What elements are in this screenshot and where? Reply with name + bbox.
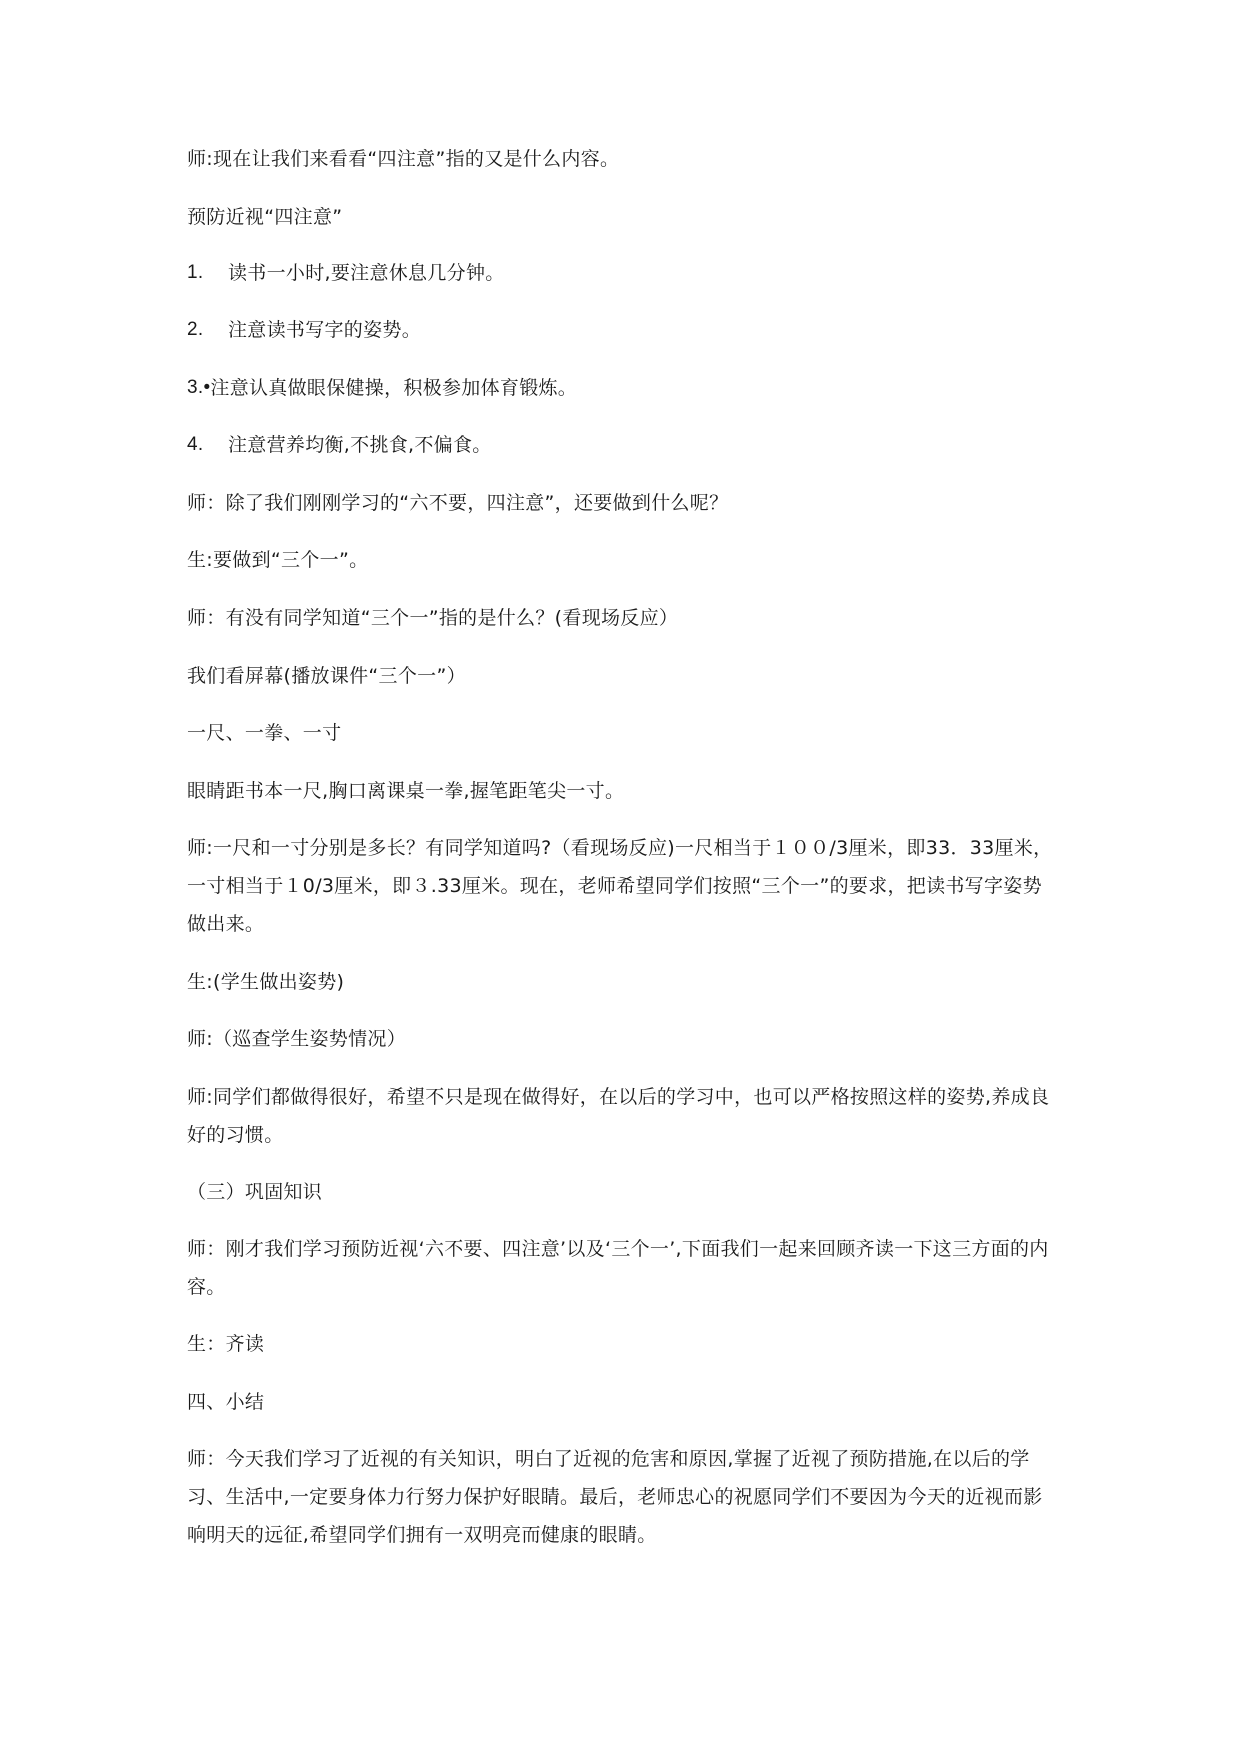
list-text: 注意营养均衡,不挑食,不偏食。 — [228, 426, 492, 464]
paragraph: 师:同学们都做得很好，希望不只是现在做得好，在以后的学习中，也可以严格按照这样的… — [187, 1078, 1057, 1154]
paragraph: 眼睛距书本一尺,胸口离课桌一拳,握笔距笔尖一寸。 — [187, 772, 1057, 810]
list-text: 注意读书写字的姿势。 — [228, 311, 421, 349]
paragraph: 师:一尺和一寸分别是多长？有同学知道吗?（看现场反应)一尺相当于１００/3厘米，… — [187, 829, 1057, 943]
paragraph: 师：有没有同学知道“三个一”指的是什么？(看现场反应） — [187, 599, 1057, 637]
list-item: 3.• 注意认真做眼保健操，积极参加体育锻炼。 — [187, 369, 1057, 407]
list-item: 4. 注意营养均衡,不挑食,不偏食。 — [187, 426, 1057, 464]
paragraph: 师：刚才我们学习预防近视‘六不要、四注意’以及‘三个一’,下面我们一起来回顾齐读… — [187, 1230, 1057, 1306]
paragraph: 师：今天我们学习了近视的有关知识，明白了近视的危害和原因,掌握了近视了预防措施,… — [187, 1440, 1057, 1554]
paragraph: 生:(学生做出姿势) — [187, 963, 1057, 1001]
subheading: 预防近视“四注意” — [187, 198, 1057, 236]
section-heading: （三）巩固知识 — [187, 1173, 1057, 1211]
paragraph: 生:要做到“三个一”。 — [187, 541, 1057, 579]
paragraph: 一尺、一拳、一寸 — [187, 714, 1057, 752]
list-text: 注意认真做眼保健操，积极参加体育锻炼。 — [210, 369, 577, 407]
paragraph: 我们看屏幕(播放课件“三个一”） — [187, 657, 1057, 695]
list-text: 读书一小时,要注意休息几分钟。 — [228, 254, 505, 292]
list-number: 3.• — [187, 369, 210, 407]
list-item: 1. 读书一小时,要注意休息几分钟。 — [187, 254, 1057, 292]
paragraph: 师：除了我们刚刚学习的“六不要，四注意”，还要做到什么呢？ — [187, 484, 1057, 522]
paragraph: 师:现在让我们来看看“四注意”指的又是什么内容。 — [187, 140, 1057, 178]
list-number: 4. — [187, 426, 228, 464]
list-number: 1. — [187, 254, 228, 292]
paragraph: 生：齐读 — [187, 1325, 1057, 1363]
list-number: 2. — [187, 311, 228, 349]
section-heading: 四、小结 — [187, 1383, 1057, 1421]
paragraph: 师:（巡查学生姿势情况） — [187, 1020, 1057, 1058]
list-item: 2. 注意读书写字的姿势。 — [187, 311, 1057, 349]
